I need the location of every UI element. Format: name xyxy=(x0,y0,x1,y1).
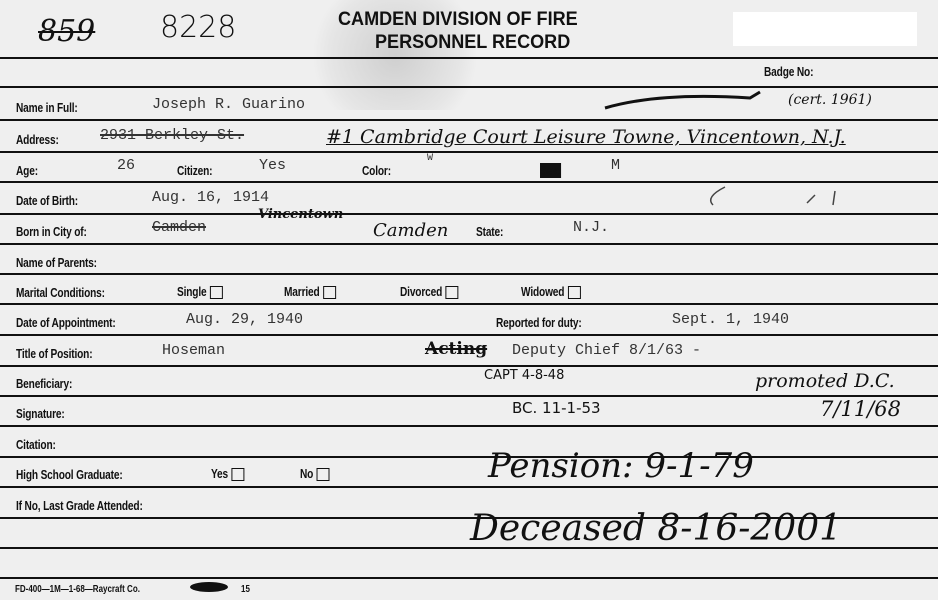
widowed-checkbox[interactable] xyxy=(568,286,581,299)
position-extra: Deputy Chief 8/1/63 - xyxy=(512,342,701,359)
hs-no-checkbox[interactable] xyxy=(316,468,329,481)
rule xyxy=(0,334,938,336)
state-value: N.J. xyxy=(573,219,609,236)
age-value: 26 xyxy=(117,157,135,174)
rule xyxy=(0,486,938,488)
file-number-struck: 859 xyxy=(38,14,95,49)
citizen-value: Yes xyxy=(259,157,286,174)
citizen-label: Citizen: xyxy=(177,163,212,178)
address-label: Address: xyxy=(16,132,59,147)
bc-date-note: BC. 11-1-53 xyxy=(512,399,601,417)
position-acting-struck: Acting xyxy=(425,339,487,359)
color-label: Color: xyxy=(362,163,391,178)
rule xyxy=(0,577,938,579)
rule xyxy=(0,273,938,275)
marital-option-divorced[interactable]: Divorced xyxy=(400,284,457,299)
dob-label: Date of Birth: xyxy=(16,193,78,208)
rule xyxy=(0,151,938,153)
union-bug-icon xyxy=(190,582,228,592)
union-number: 15 xyxy=(241,584,250,595)
marital-option-married[interactable]: Married xyxy=(284,284,334,299)
form-title-line1: CAMDEN DIVISION OF FIRE xyxy=(338,9,578,31)
badge-label: Badge No: xyxy=(764,64,813,79)
hs-grad-label: High School Graduate: xyxy=(16,467,123,482)
hs-yes-checkbox[interactable] xyxy=(231,468,244,481)
appointment-label: Date of Appointment: xyxy=(16,315,116,330)
address-old: 2931 Berkley St. xyxy=(100,127,244,144)
rule xyxy=(0,57,938,59)
divorced-checkbox[interactable] xyxy=(445,286,458,299)
single-checkbox[interactable] xyxy=(210,286,223,299)
born-city-struck1: Camden xyxy=(152,219,206,236)
name-value: Joseph R. Guarino xyxy=(152,96,305,113)
deceased-note: Deceased 8-16-2001 xyxy=(470,508,842,549)
faint-scribble xyxy=(695,183,855,211)
rule xyxy=(0,213,938,215)
redacted-region xyxy=(733,12,917,46)
last-grade-label: If No, Last Grade Attended: xyxy=(16,498,143,513)
beneficiary-label: Beneficiary: xyxy=(16,376,72,391)
rule xyxy=(0,425,938,427)
rule xyxy=(0,243,938,245)
scribble-mark xyxy=(600,88,770,112)
hs-option-yes[interactable]: Yes xyxy=(211,466,243,481)
born-city-label: Born in City of: xyxy=(16,224,87,239)
reported-label: Reported for duty: xyxy=(496,315,582,330)
position-label: Title of Position: xyxy=(16,346,92,361)
born-city-value: Camden xyxy=(373,220,448,241)
hs-option-no[interactable]: No xyxy=(300,466,328,481)
form-code: FD-400—1M—1-68—Raycraft Co. xyxy=(15,584,140,595)
name-label: Name in Full: xyxy=(16,100,78,115)
state-label: State: xyxy=(476,224,503,239)
sex-value: M xyxy=(611,157,620,174)
reported-value: Sept. 1, 1940 xyxy=(672,311,789,328)
citation-label: Citation: xyxy=(16,437,56,452)
parents-label: Name of Parents: xyxy=(16,255,97,270)
file-number: 8228 xyxy=(160,10,236,45)
address-new: #1 Cambridge Court Leisure Towne, Vincen… xyxy=(326,126,846,148)
rule xyxy=(0,119,938,121)
personnel-record-card: 859 8228 CAMDEN DIVISION OF FIRE PERSONN… xyxy=(0,0,938,600)
signature-label: Signature: xyxy=(16,406,65,421)
pension-note: Pension: 9-1-79 xyxy=(488,446,754,486)
rule xyxy=(0,395,938,397)
promoted-note-line2: 7/11/68 xyxy=(820,397,901,421)
form-title-line2: PERSONNEL RECORD xyxy=(375,32,570,54)
married-checkbox[interactable] xyxy=(323,286,336,299)
marital-option-single[interactable]: Single xyxy=(177,284,221,299)
color-value: W xyxy=(427,153,433,164)
marital-option-widowed[interactable]: Widowed xyxy=(521,284,579,299)
rule xyxy=(0,303,938,305)
rule xyxy=(0,456,938,458)
sex-label: Sex: xyxy=(540,163,561,178)
name-annotation: (cert. 1961) xyxy=(788,92,872,108)
rule xyxy=(0,365,938,367)
born-city-struck2: Vincentown xyxy=(258,207,343,222)
appointment-value: Aug. 29, 1940 xyxy=(186,311,303,328)
captain-date-note: CAPT 4-8-48 xyxy=(484,368,564,383)
position-value: Hoseman xyxy=(162,342,225,359)
promoted-note-line1: promoted D.C. xyxy=(755,370,895,392)
rule xyxy=(0,86,938,88)
marital-label: Marital Conditions: xyxy=(16,285,105,300)
age-label: Age: xyxy=(16,163,38,178)
dob-value: Aug. 16, 1914 xyxy=(152,189,269,206)
